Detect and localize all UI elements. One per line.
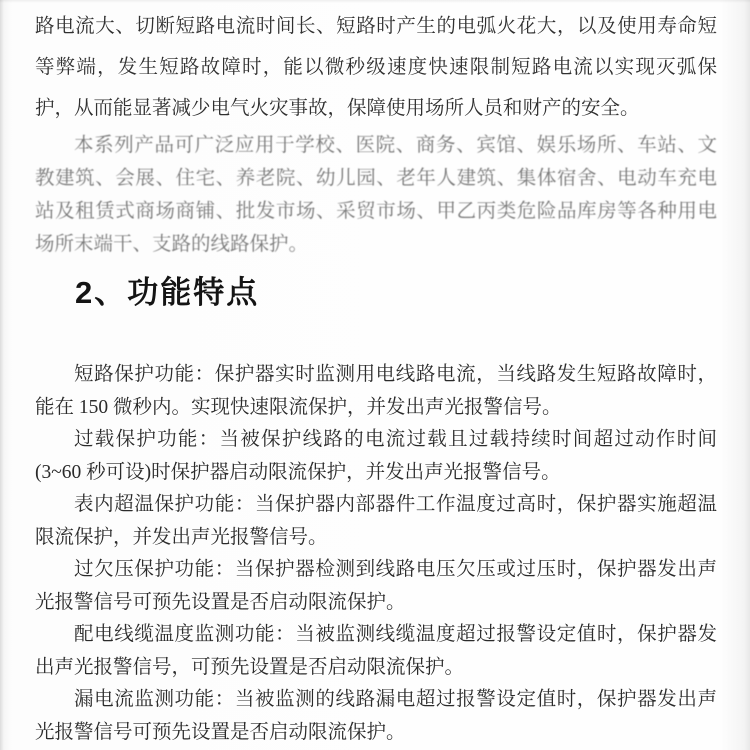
feature-paragraph-overload: 过载保护功能：当被保护线路的电流过载且过载持续时间超过动作时间(3~60 秒可设… <box>35 424 717 489</box>
scanned-manual-page: 路电流大、切断短路电流时间长、短路时产生的电弧火花大，以及使用寿命短等弊端，发生… <box>0 0 750 750</box>
document-body: 路电流大、切断短路电流时间长、短路时产生的电弧火花大，以及使用寿命短等弊端，发生… <box>0 0 750 749</box>
paragraph-applications: 本系列产品可广泛应用于学校、医院、商务、宾馆、娱乐场所、车站、文教建筑、会展、住… <box>35 129 717 261</box>
feature-list: 短路保护功能：保护器实时监测用电线路电流，当线路发生短路故障时，能在 150 微… <box>35 359 717 749</box>
feature-paragraph-cable-temperature: 配电线缆温度监测功能：当被监测线缆温度超过报警设定值时，保护器发出声光报警信号，… <box>35 619 717 684</box>
feature-paragraph-leakage-current: 漏电流监测功能：当被监测的线路漏电超过报警设定值时，保护器发出声光报警信号可预先… <box>35 684 717 749</box>
paragraph-continuation: 路电流大、切断短路电流时间长、短路时产生的电弧火花大，以及使用寿命短等弊端，发生… <box>35 6 717 129</box>
feature-paragraph-over-under-voltage: 过欠压保护功能：当保护器检测到线路电压欠压或过压时，保护器发出声光报警信号可预先… <box>35 554 717 619</box>
section-heading-features: 2、功能特点 <box>75 271 717 315</box>
feature-paragraph-overtemperature: 表内超温保护功能：当保护器内部器件工作温度过高时，保护器实施超温限流保护，并发出… <box>35 489 717 554</box>
feature-paragraph-short-circuit: 短路保护功能：保护器实时监测用电线路电流，当线路发生短路故障时，能在 150 微… <box>35 359 717 424</box>
